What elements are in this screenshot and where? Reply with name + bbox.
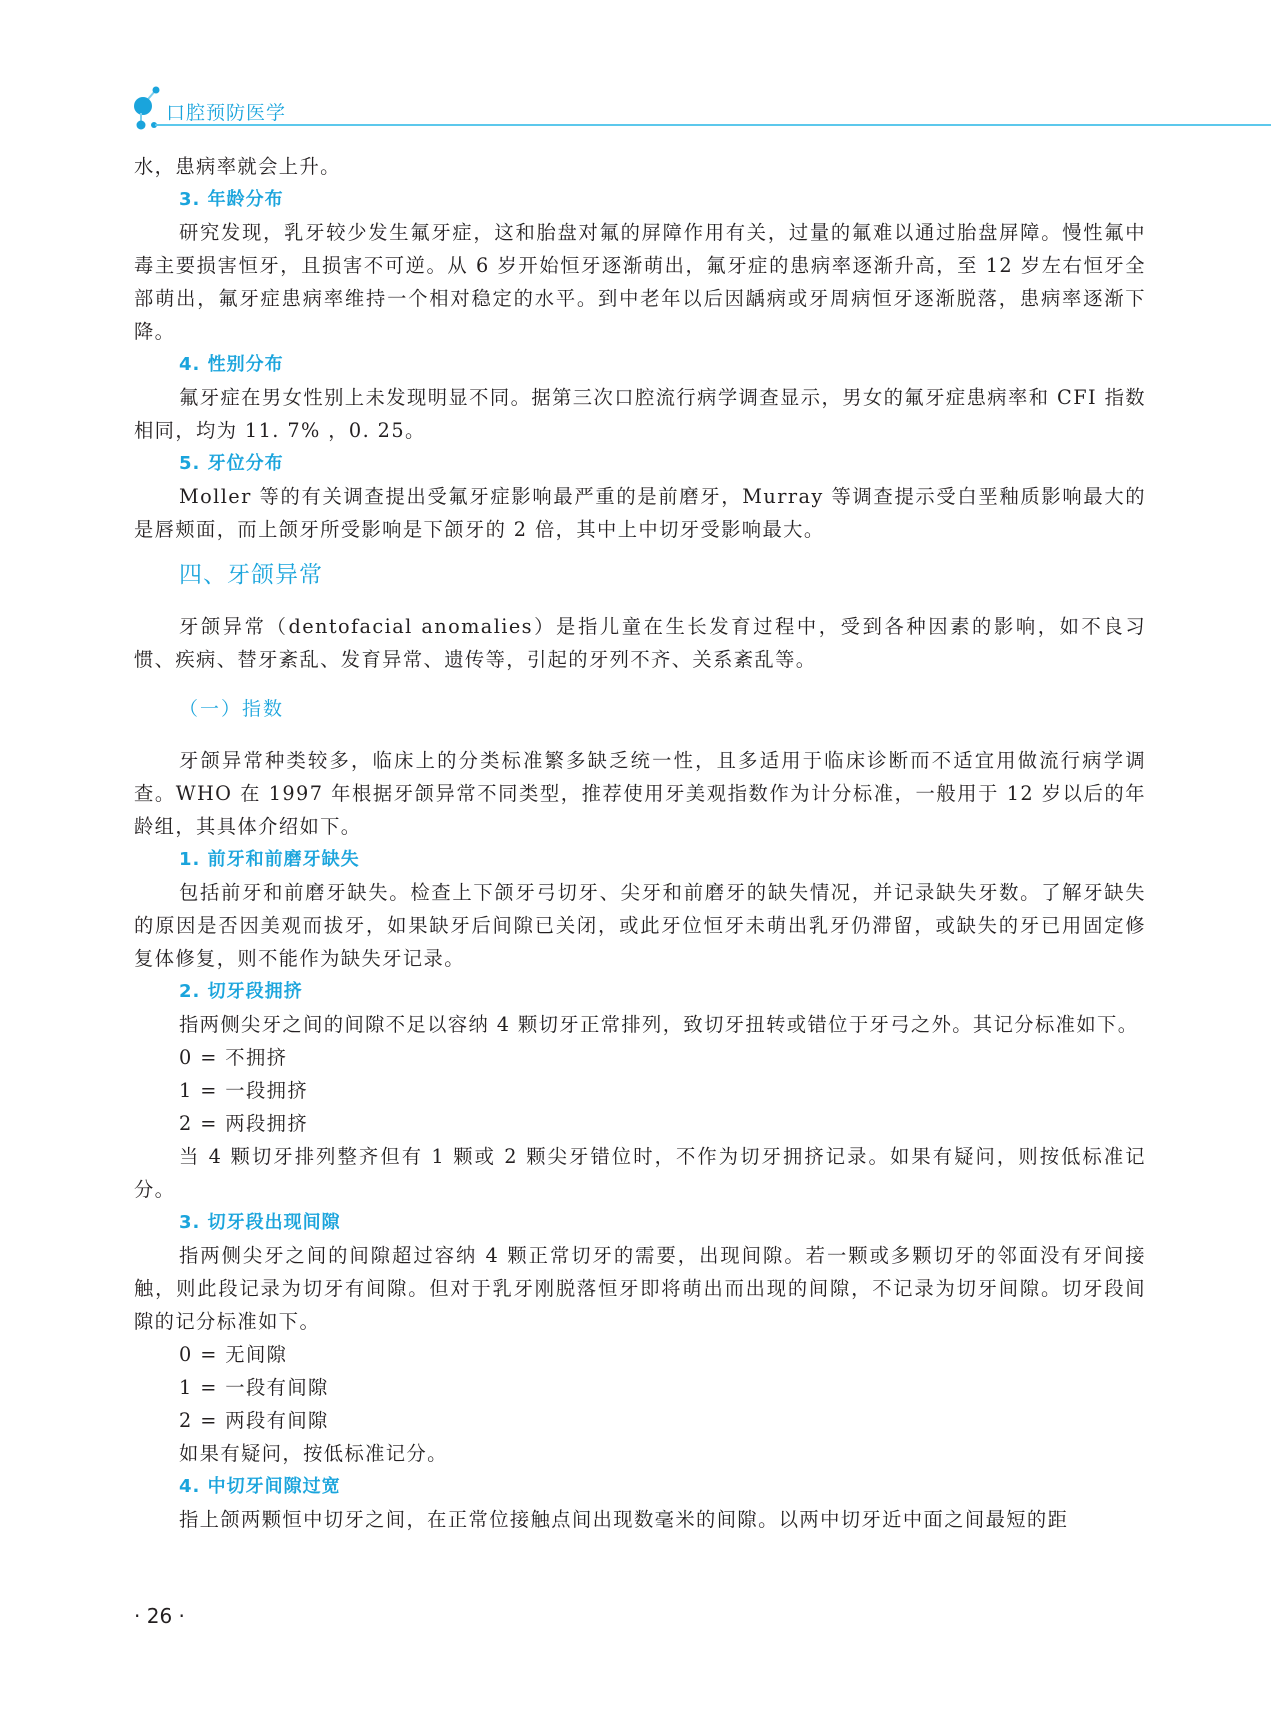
subheading-tooth-position-distribution: 5. 牙位分布 [134, 447, 1146, 480]
score-item: 1 = 一段有间隙 [134, 1371, 1146, 1404]
subheading-midline-diastema: 4. 中切牙间隙过宽 [134, 1470, 1146, 1503]
paragraph: 指两侧尖牙之间的间隙超过容纳 4 颗正常切牙的需要，出现间隙。若一颗或多颗切牙的… [134, 1239, 1146, 1338]
book-title: 口腔预防医学 [166, 98, 286, 125]
subheading-incisal-spacing: 3. 切牙段出现间隙 [134, 1206, 1146, 1239]
score-item: 2 = 两段拥挤 [134, 1107, 1146, 1140]
subheading-age-distribution: 3. 年龄分布 [134, 183, 1146, 216]
page-number: · 26 · [134, 1604, 185, 1628]
paragraph: 指两侧尖牙之间的间隙不足以容纳 4 颗切牙正常排列，致切牙扭转或错位于牙弓之外。… [134, 1008, 1146, 1041]
paragraph: 牙颌异常种类较多，临床上的分类标准繁多缺乏统一性，且多适用于临床诊断而不适宜用做… [134, 744, 1146, 843]
score-item: 0 = 无间隙 [134, 1338, 1146, 1371]
paragraph: 如果有疑问，按低标准记分。 [134, 1437, 1146, 1470]
subheading-incisal-crowding: 2. 切牙段拥挤 [134, 975, 1146, 1008]
header-rule [155, 124, 1271, 126]
subheading-gender-distribution: 4. 性别分布 [134, 348, 1146, 381]
paragraph: 包括前牙和前磨牙缺失。检查上下颌牙弓切牙、尖牙和前磨牙的缺失情况，并记录缺失牙数… [134, 876, 1146, 975]
paragraph: 牙颌异常（dentofacial anomalies）是指儿童在生长发育过程中，… [134, 610, 1146, 676]
paragraph: 研究发现，乳牙较少发生氟牙症，这和胎盘对氟的屏障作用有关，过量的氟难以通过胎盘屏… [134, 216, 1146, 348]
paragraph: 氟牙症在男女性别上未发现明显不同。据第三次口腔流行病学调查显示，男女的氟牙症患病… [134, 381, 1146, 447]
paragraph: 水，患病率就会上升。 [134, 150, 1146, 183]
running-header: 口腔预防医学 [133, 83, 1143, 131]
paragraph: 当 4 颗切牙排列整齐但有 1 颗或 2 颗尖牙错位时，不作为切牙拥挤记录。如果… [134, 1140, 1146, 1206]
subheading-missing-teeth: 1. 前牙和前磨牙缺失 [134, 843, 1146, 876]
score-item: 0 = 不拥挤 [134, 1041, 1146, 1074]
page-body: 水，患病率就会上升。 3. 年龄分布 研究发现，乳牙较少发生氟牙症，这和胎盘对氟… [134, 150, 1146, 1536]
score-item: 2 = 两段有间隙 [134, 1404, 1146, 1437]
subsection-heading: （一）指数 [134, 694, 1146, 724]
paragraph: Moller 等的有关调查提出受氟牙症影响最严重的是前磨牙，Murray 等调查… [134, 480, 1146, 546]
section-heading: 四、牙颌异常 [134, 560, 1146, 590]
score-item: 1 = 一段拥挤 [134, 1074, 1146, 1107]
paragraph: 指上颌两颗恒中切牙之间，在正常位接触点间出现数毫米的间隙。以两中切牙近中面之间最… [134, 1503, 1146, 1536]
